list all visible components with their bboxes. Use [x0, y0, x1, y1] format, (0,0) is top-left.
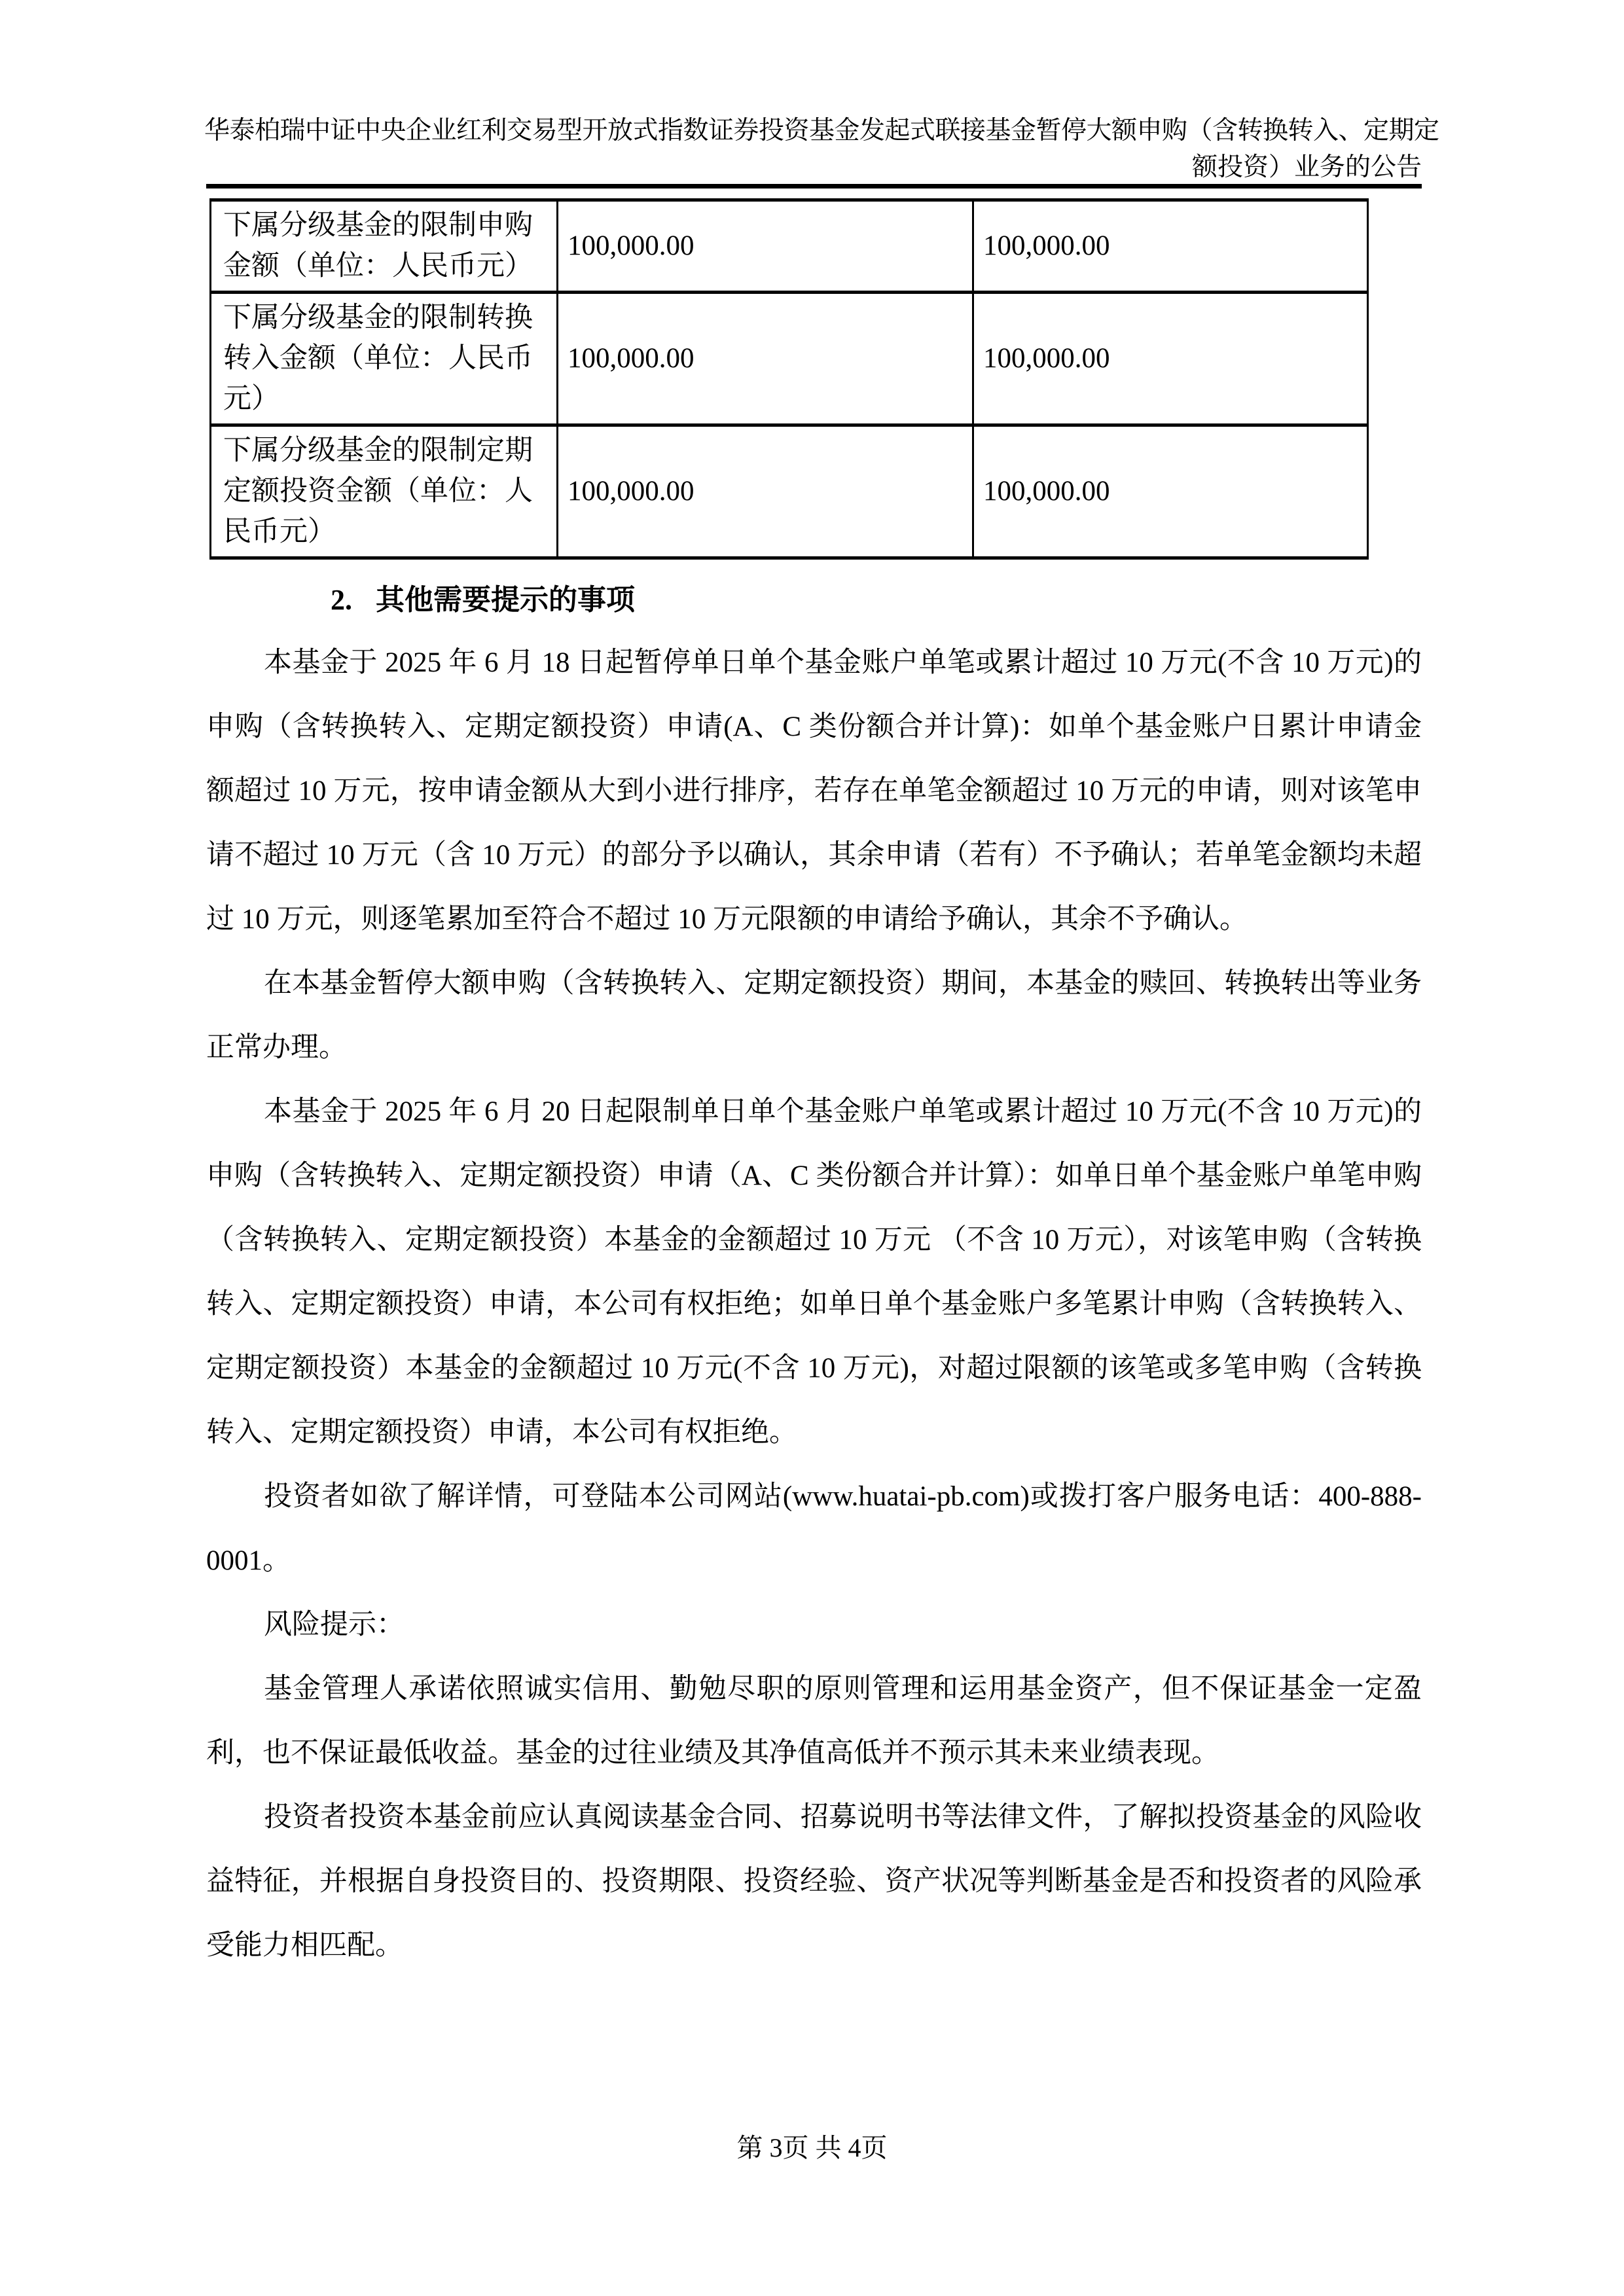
row-value: 100,000.00 [973, 293, 1368, 425]
row-value: 100,000.00 [973, 200, 1368, 293]
page-number: 第 3页 共 4页 [0, 2132, 1624, 2164]
section-number: 2. [331, 584, 352, 616]
row-value: 100,000.00 [558, 425, 973, 558]
section-title: 其他需要提示的事项 [376, 584, 635, 616]
table-row: 下属分级基金的限制转换转入金额（单位：人民币元） 100,000.00 100,… [211, 293, 1368, 425]
document-title-line2: 额投资）业务的公告 [204, 149, 1422, 186]
paragraph-risk-statement-2: 投资者投资本基金前应认真阅读基金合同、招募说明书等法律文件，了解拟投资基金的风险… [206, 1785, 1422, 1978]
row-label: 下属分级基金的限制定期定额投资金额（单位：人民币元） [211, 425, 558, 558]
page-header: 华泰柏瑞中证中央企业红利交易型开放式指数证券投资基金发起式联接基金暂停大额申购（… [204, 113, 1422, 186]
document-title-line1: 华泰柏瑞中证中央企业红利交易型开放式指数证券投资基金发起式联接基金暂停大额申购（… [204, 113, 1422, 149]
subscription-limits-table: 下属分级基金的限制申购金额（单位：人民币元） 100,000.00 100,00… [209, 198, 1369, 560]
document-page: 华泰柏瑞中证中央企业红利交易型开放式指数证券投资基金发起式联接基金暂停大额申购（… [0, 0, 1624, 2296]
paragraph-suspension-rule: 本基金于 2025 年 6 月 18 日起暂停单日单个基金账户单笔或累计超过 1… [206, 631, 1422, 952]
paragraph-risk-label: 风险提示： [206, 1593, 1422, 1657]
row-label: 下属分级基金的限制转换转入金额（单位：人民币元） [211, 293, 558, 425]
body-text: 本基金于 2025 年 6 月 18 日起暂停单日单个基金账户单笔或累计超过 1… [206, 631, 1422, 1978]
paragraph-restriction-rule: 本基金于 2025 年 6 月 20 日起限制单日单个基金账户单笔或累计超过 1… [206, 1080, 1422, 1465]
paragraph-contact-info: 投资者如欲了解详情，可登陆本公司网站(www.huatai-pb.com)或拨打… [206, 1465, 1422, 1593]
table-row: 下属分级基金的限制申购金额（单位：人民币元） 100,000.00 100,00… [211, 200, 1368, 293]
row-label: 下属分级基金的限制申购金额（单位：人民币元） [211, 200, 558, 293]
paragraph-risk-statement-1: 基金管理人承诺依照诚实信用、勤勉尽职的原则管理和运用基金资产，但不保证基金一定盈… [206, 1657, 1422, 1785]
table-row: 下属分级基金的限制定期定额投资金额（单位：人民币元） 100,000.00 10… [211, 425, 1368, 558]
row-value: 100,000.00 [558, 200, 973, 293]
paragraph-normal-business: 在本基金暂停大额申购（含转换转入、定期定额投资）期间，本基金的赎回、转换转出等业… [206, 952, 1422, 1080]
section-heading: 2.其他需要提示的事项 [206, 583, 1422, 617]
row-value: 100,000.00 [973, 425, 1368, 558]
header-divider [206, 184, 1422, 188]
row-value: 100,000.00 [558, 293, 973, 425]
